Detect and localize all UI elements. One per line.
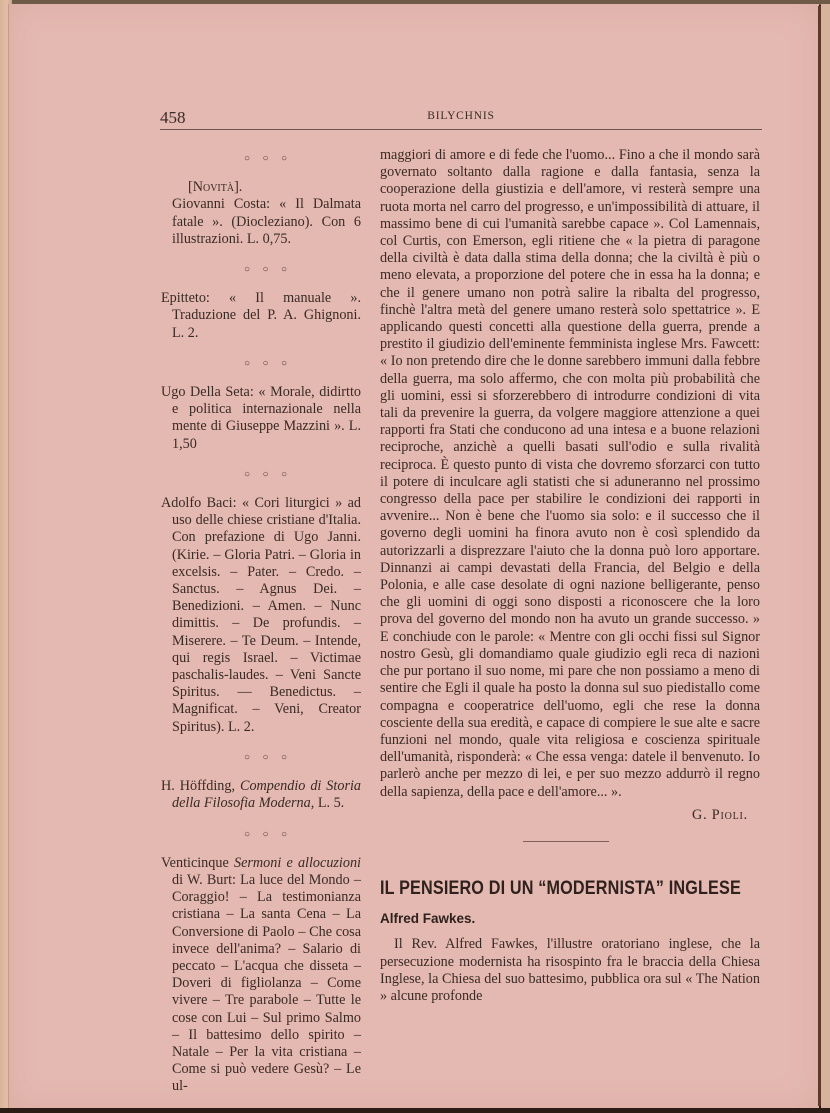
entry-text: « Cori liturgici » ad uso delle chiese c… [172, 495, 361, 735]
running-header: 458 BILYCHNIS [160, 108, 762, 130]
book-entry: H. Höffding, Compendio di Storia della F… [161, 778, 361, 812]
entry-author: Adolfo Baci: [161, 495, 237, 511]
separator-ornament-icon: ○ ○ ○ [161, 261, 361, 278]
book-entry: Epitteto: « Il manuale ». Traduzione del… [161, 290, 361, 342]
section-author: Alfred Fawkes. [380, 910, 760, 927]
header-rule [160, 129, 762, 130]
article-signature: G. Pioli. [380, 807, 748, 824]
entry-text: di W. Burt: La luce del Mondo – Coraggio… [172, 872, 361, 1094]
book-entry: [Novità]. Giovanni Costa: « Il Dalmata f… [161, 179, 361, 248]
book-entry: Adolfo Baci: « Cori liturgici » ad uso d… [161, 495, 361, 736]
separator-ornament-icon: ○ ○ ○ [161, 355, 361, 372]
book-entry: Ugo Della Seta: « Morale, didirtto e pol… [161, 384, 361, 453]
entry-author: Epitteto: [161, 290, 210, 306]
right-column-article: maggiori di amore e di fede che l'uomo..… [380, 147, 760, 1005]
article-continued-text: maggiori di amore e di fede che l'uomo..… [380, 147, 760, 801]
separator-ornament-icon: ○ ○ ○ [161, 150, 361, 167]
entry-title-italic: Sermoni e allocuzioni [234, 855, 361, 871]
entry-author: H. Höffding, [161, 778, 235, 794]
section-heading: IL PENSIERO DI UN “MODERNISTA” INGLESE [380, 880, 695, 897]
entry-text: L. 5. [318, 795, 344, 811]
entry-author: Ugo Della Seta: [161, 384, 254, 400]
entry-author: Giovanni Costa: [172, 196, 270, 212]
book-entry: Venticinque Sermoni e allocuzioni di W. … [161, 855, 361, 1096]
left-column-book-list: ○ ○ ○ [Novità]. Giovanni Costa: « Il Dal… [161, 150, 361, 1109]
separator-ornament-icon: ○ ○ ○ [161, 826, 361, 843]
separator-ornament-icon: ○ ○ ○ [161, 749, 361, 766]
separator-ornament-icon: ○ ○ ○ [161, 466, 361, 483]
entry-author: Venticinque [161, 855, 229, 871]
section-divider-rule [523, 841, 609, 842]
section-intro-paragraph: Il Rev. Alfred Fawkes, l'illustre orator… [380, 936, 760, 1005]
next-page-edge [821, 4, 830, 1110]
running-title: BILYCHNIS [160, 110, 762, 122]
scan-bottom-edge [0, 1108, 830, 1113]
novita-label: [Novità]. [172, 179, 361, 196]
